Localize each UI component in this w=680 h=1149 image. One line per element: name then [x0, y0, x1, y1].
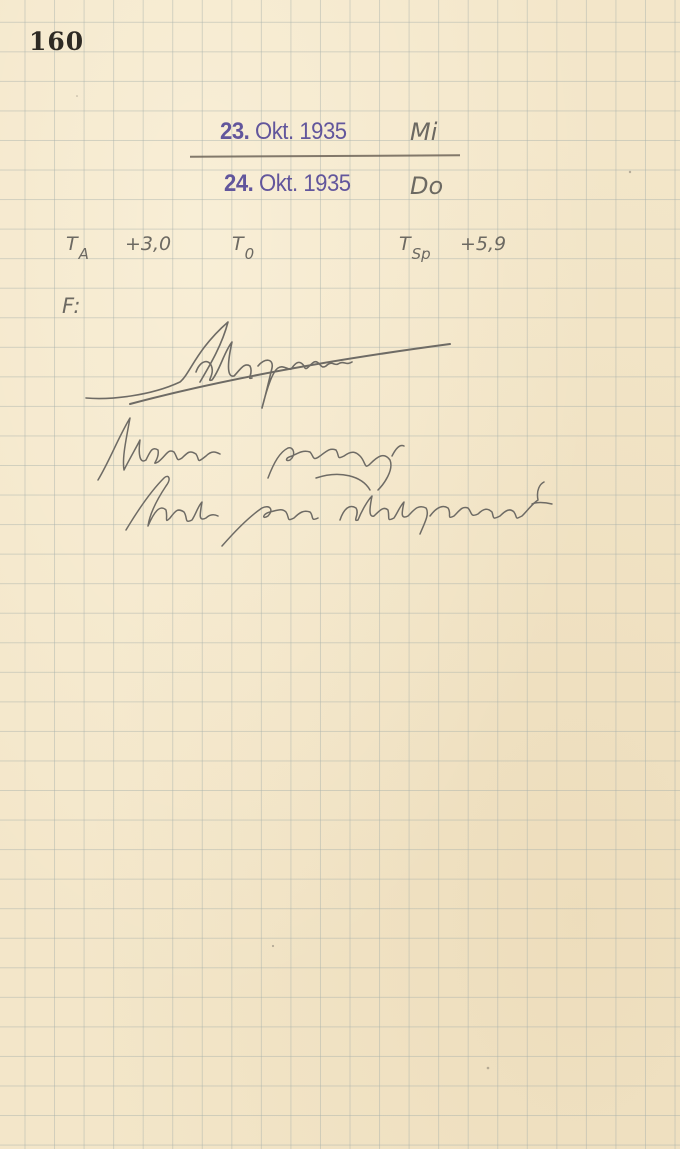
to-label: T0: [232, 233, 254, 255]
to-subscript: 0: [245, 245, 255, 263]
date-stamp-2: 24. Okt. 1935: [224, 170, 351, 198]
tsp-label: TSp: [399, 233, 431, 255]
date-stamp-2-rest: Okt. 1935: [253, 170, 350, 197]
page-number: 160: [29, 27, 84, 56]
to-symbol: T: [232, 233, 244, 255]
date-stamp-1: 23. Okt. 1935: [220, 118, 347, 146]
notebook-page: 160 23. Okt. 1935 24. Okt. 1935 Mi Do TA…: [0, 0, 680, 1149]
date-stamp-2-day: 24.: [224, 170, 253, 197]
weekday-1: Mi: [410, 118, 437, 146]
f-label: F:: [62, 294, 80, 318]
ta-subscript: A: [79, 245, 89, 263]
date-stamp-1-rest: Okt. 1935: [249, 118, 346, 145]
tsp-symbol: T: [399, 233, 411, 255]
ta-value: +3,0: [125, 233, 171, 255]
ta-label: TA: [66, 233, 89, 255]
tsp-value: +5,9: [460, 233, 506, 255]
date-stamp-1-day: 23.: [220, 118, 249, 145]
tsp-subscript: Sp: [412, 245, 431, 263]
weekday-2: Do: [410, 172, 443, 200]
ta-symbol: T: [66, 233, 78, 255]
